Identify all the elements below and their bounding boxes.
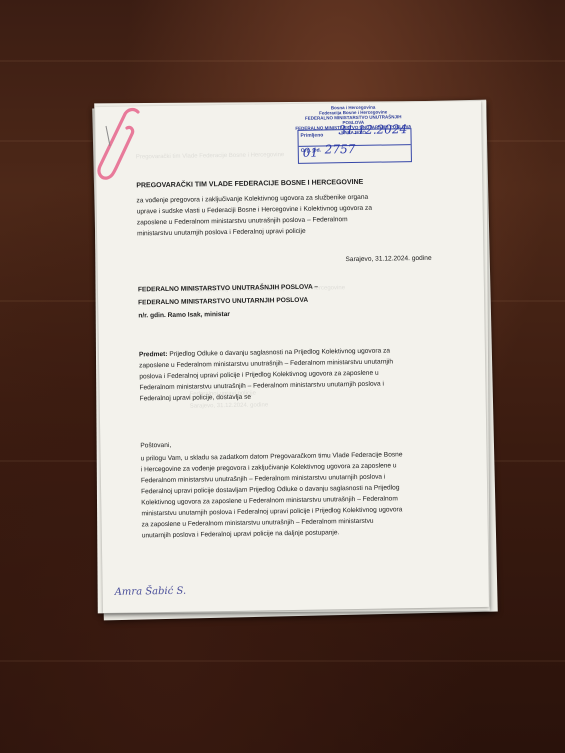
stamp-box: Primljeno 31.12.2024 Org. jed. 01 2757 bbox=[297, 128, 412, 164]
sender-desc-4: ministarstvu unutarnjih poslova i Federa… bbox=[137, 226, 306, 240]
org-unit-value: 01 bbox=[303, 151, 318, 156]
subject-line-5: Federalnoj upravi policije, dostavlja se bbox=[140, 392, 252, 405]
recipient-line-2: FEDERALNO MINISTARSTVO UNUTARNJIH POSLOV… bbox=[138, 295, 308, 309]
greeting: Poštovani, bbox=[140, 440, 171, 451]
registry-number: 2757 bbox=[325, 147, 356, 152]
attention-line: n/r. gdin. Ramo Isak, ministar bbox=[138, 309, 230, 321]
paper-clip-icon bbox=[94, 106, 144, 182]
registry-stamp: Bosna i Hercegovina Federacija Bosne i H… bbox=[295, 104, 412, 164]
handwritten-signature: Amra Šabić S. bbox=[115, 586, 187, 598]
received-label: Primljeno bbox=[300, 133, 323, 138]
sender-title: PREGOVARAČKI TIM VLADE FEDERACIJE BOSNE … bbox=[136, 177, 363, 192]
received-date: 31.12.2024 bbox=[338, 127, 407, 133]
document-page: Pregovarački tim Vlade Federacije Bosne … bbox=[95, 101, 489, 613]
body-line-8: unutarnjih poslova i Federalnoj upravi p… bbox=[142, 527, 340, 541]
place-date: Sarajevo, 31.12.2024. godine bbox=[345, 253, 431, 265]
recipient-line-1: FEDERALNO MINISTARSTVO UNUTRAŠNJIH POSLO… bbox=[138, 282, 318, 296]
subject-label: Predmet: bbox=[139, 351, 168, 358]
